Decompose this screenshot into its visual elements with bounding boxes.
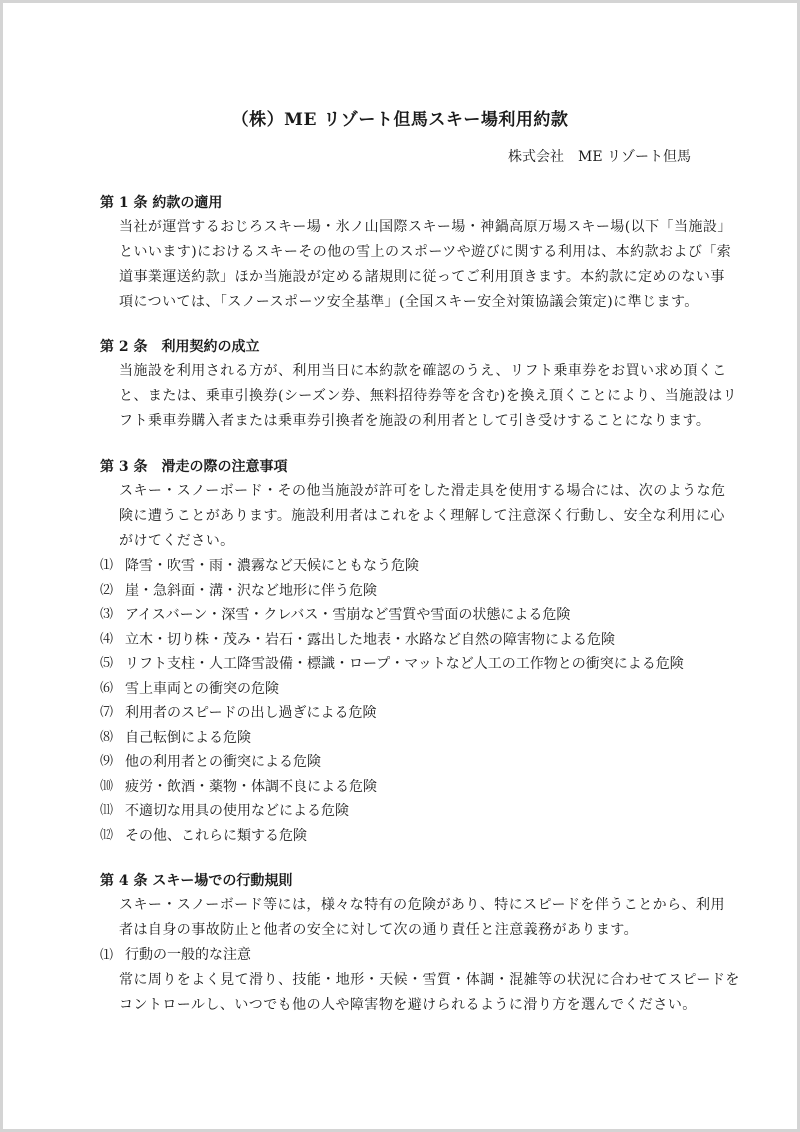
- body-line: 険に遭うことがあります。施設利用者はこれをよく理解して注意深く行動し、安全な利用…: [119, 504, 720, 529]
- body-line: スキー・スノーボード等には，様々な特有の危険があり、特にスピードを伴うことから、…: [119, 893, 720, 918]
- item-text: 不適切な用具の使用などによる危険: [125, 799, 349, 824]
- list-item: ⑷立木・切り株・茂み・岩石・露出した地表・水路など自然の障害物による危険: [100, 628, 720, 653]
- list-item: ⑾不適切な用具の使用などによる危険: [100, 799, 720, 824]
- list-item: ⑿その他、これらに類する危険: [100, 824, 720, 849]
- article-body: 当施設を利用される方が、利用当日に本約款を確認のうえ、リフト乗車券をお買い求め頂…: [119, 359, 720, 434]
- list-item: ⑼他の利用者との衝突による危険: [100, 750, 720, 775]
- article-body: スキー・スノーボード等には，様々な特有の危険があり、特にスピードを伴うことから、…: [119, 893, 720, 943]
- list-item: ⑺利用者のスピードの出し過ぎによる危険: [100, 701, 720, 726]
- body-line: 者は自身の事故防止と他者の安全に対して次の通り責任と注意義務があります。: [119, 918, 720, 943]
- item-number: ⑾: [100, 799, 125, 824]
- article-2: 第 2 条 利用契約の成立 当施設を利用される方が、利用当日に本約款を確認のうえ…: [100, 335, 720, 434]
- body-line: 当施設を利用される方が、利用当日に本約款を確認のうえ、リフト乗車券をお買い求め頂…: [119, 359, 720, 384]
- item-number: ⑸: [100, 652, 125, 677]
- body-line: 道事業運送約款」ほか当施設が定める諸規則に従ってご利用頂きます。本約款に定めのな…: [119, 265, 720, 290]
- body-line: フト乗車券購入者または乗車券引換者を施設の利用者として引き受けすることになります…: [119, 409, 720, 434]
- list-item: ⑹雪上車両との衝突の危険: [100, 677, 720, 702]
- item-number: ⑹: [100, 677, 125, 702]
- item-number: ⑵: [100, 579, 125, 604]
- item-text: アイスバーン・深雪・クレバス・雪崩など雪質や雪面の状態による危険: [125, 603, 570, 628]
- list-item: ⑴降雪・吹雪・雨・濃霧など天候にともなう危険: [100, 554, 720, 579]
- document-page: （株）ME リゾート但馬スキー場利用約款 株式会社 ME リゾート但馬 第 1 …: [3, 3, 797, 1129]
- item-text: 他の利用者との衝突による危険: [125, 750, 321, 775]
- item-text: 崖・急斜面・溝・沢など地形に伴う危険: [125, 579, 377, 604]
- body-line: 常に周りをよく見て滑り、技能・地形・天候・雪質・体調・混雑等の状況に合わせてスピ…: [119, 968, 720, 993]
- item-number: ⑿: [100, 824, 125, 849]
- article-heading: 第 4 条 スキー場での行動規則: [100, 869, 720, 893]
- item-number: ⑼: [100, 750, 125, 775]
- item-text: 自己転倒による危険: [125, 726, 251, 751]
- list-item: ⑻自己転倒による危険: [100, 726, 720, 751]
- article-1: 第 1 条 約款の適用 当社が運営するおじろスキー場・氷ノ山国際スキー場・神鍋高…: [100, 191, 720, 315]
- article-4: 第 4 条 スキー場での行動規則 スキー・スノーボード等には，様々な特有の危険が…: [100, 869, 720, 1018]
- item-number: ⑺: [100, 701, 125, 726]
- article-heading: 第 2 条 利用契約の成立: [100, 335, 720, 359]
- body-line: スキー・スノーボード・その他当施設が許可をした滑走具を使用する場合には、次のよう…: [119, 479, 720, 504]
- item-text: その他、これらに類する危険: [125, 824, 307, 849]
- item-text: 雪上車両との衝突の危険: [125, 677, 279, 702]
- list-item: ⑸リフト支柱・人工降雪設備・標識・ロープ・マットなど人工の工作物との衝突による危…: [100, 652, 720, 677]
- article-body: スキー・スノーボード・その他当施設が許可をした滑走具を使用する場合には、次のよう…: [119, 479, 720, 554]
- item-text: リフト支柱・人工降雪設備・標識・ロープ・マットなど人工の工作物との衝突による危険: [125, 652, 684, 677]
- item-number: ⑷: [100, 628, 125, 653]
- list-item: ⑶アイスバーン・深雪・クレバス・雪崩など雪質や雪面の状態による危険: [100, 603, 720, 628]
- item-number: ⑶: [100, 603, 125, 628]
- article-heading: 第 3 条 滑走の際の注意事項: [100, 455, 720, 479]
- item-text: 疲労・飲酒・薬物・体調不良による危険: [125, 775, 377, 800]
- body-line: といいます)におけるスキーその他の雪上のスポーツや遊びに関する利用は、本約款およ…: [119, 240, 720, 265]
- body-line: 項については、「スノースポーツ安全基準」(全国スキー安全対策協議会策定)に準じま…: [119, 290, 720, 315]
- list-item: ⑽疲労・飲酒・薬物・体調不良による危険: [100, 775, 720, 800]
- subsection-body: 常に周りをよく見て滑り、技能・地形・天候・雪質・体調・混雑等の状況に合わせてスピ…: [119, 968, 720, 1018]
- body-line: と、または、乗車引換券(シーズン券、無料招待券等を含む)を換え頂くことにより、当…: [119, 384, 720, 409]
- item-number: ⑴: [100, 554, 125, 579]
- body-line: コントロールし、いつでも他の人や障害物を避けられるように滑り方を選んでください。: [119, 993, 720, 1018]
- item-text: 降雪・吹雪・雨・濃霧など天候にともなう危険: [125, 554, 419, 579]
- subsection-heading: ⑴ 行動の一般的な注意: [100, 943, 720, 968]
- document-title: （株）ME リゾート但馬スキー場利用約款: [3, 105, 797, 130]
- item-text: 立木・切り株・茂み・岩石・露出した地表・水路など自然の障害物による危険: [125, 628, 615, 653]
- body-line: 当社が運営するおじろスキー場・氷ノ山国際スキー場・神鍋高原万場スキー場(以下「当…: [119, 215, 720, 240]
- subsection-number: ⑴: [100, 943, 125, 968]
- article-heading: 第 1 条 約款の適用: [100, 191, 720, 215]
- article-3: 第 3 条 滑走の際の注意事項 スキー・スノーボード・その他当施設が許可をした滑…: [100, 455, 720, 848]
- subsection-title: 行動の一般的な注意: [125, 943, 251, 968]
- list-item: ⑵崖・急斜面・溝・沢など地形に伴う危険: [100, 579, 720, 604]
- item-text: 利用者のスピードの出し過ぎによる危険: [125, 701, 376, 726]
- hazard-list: ⑴降雪・吹雪・雨・濃霧など天候にともなう危険 ⑵崖・急斜面・溝・沢など地形に伴う…: [100, 554, 720, 848]
- item-number: ⑻: [100, 726, 125, 751]
- body-line: がけてください。: [119, 529, 720, 554]
- organization-name: 株式会社 ME リゾート但馬: [508, 146, 691, 166]
- item-number: ⑽: [100, 775, 125, 800]
- article-body: 当社が運営するおじろスキー場・氷ノ山国際スキー場・神鍋高原万場スキー場(以下「当…: [119, 215, 720, 315]
